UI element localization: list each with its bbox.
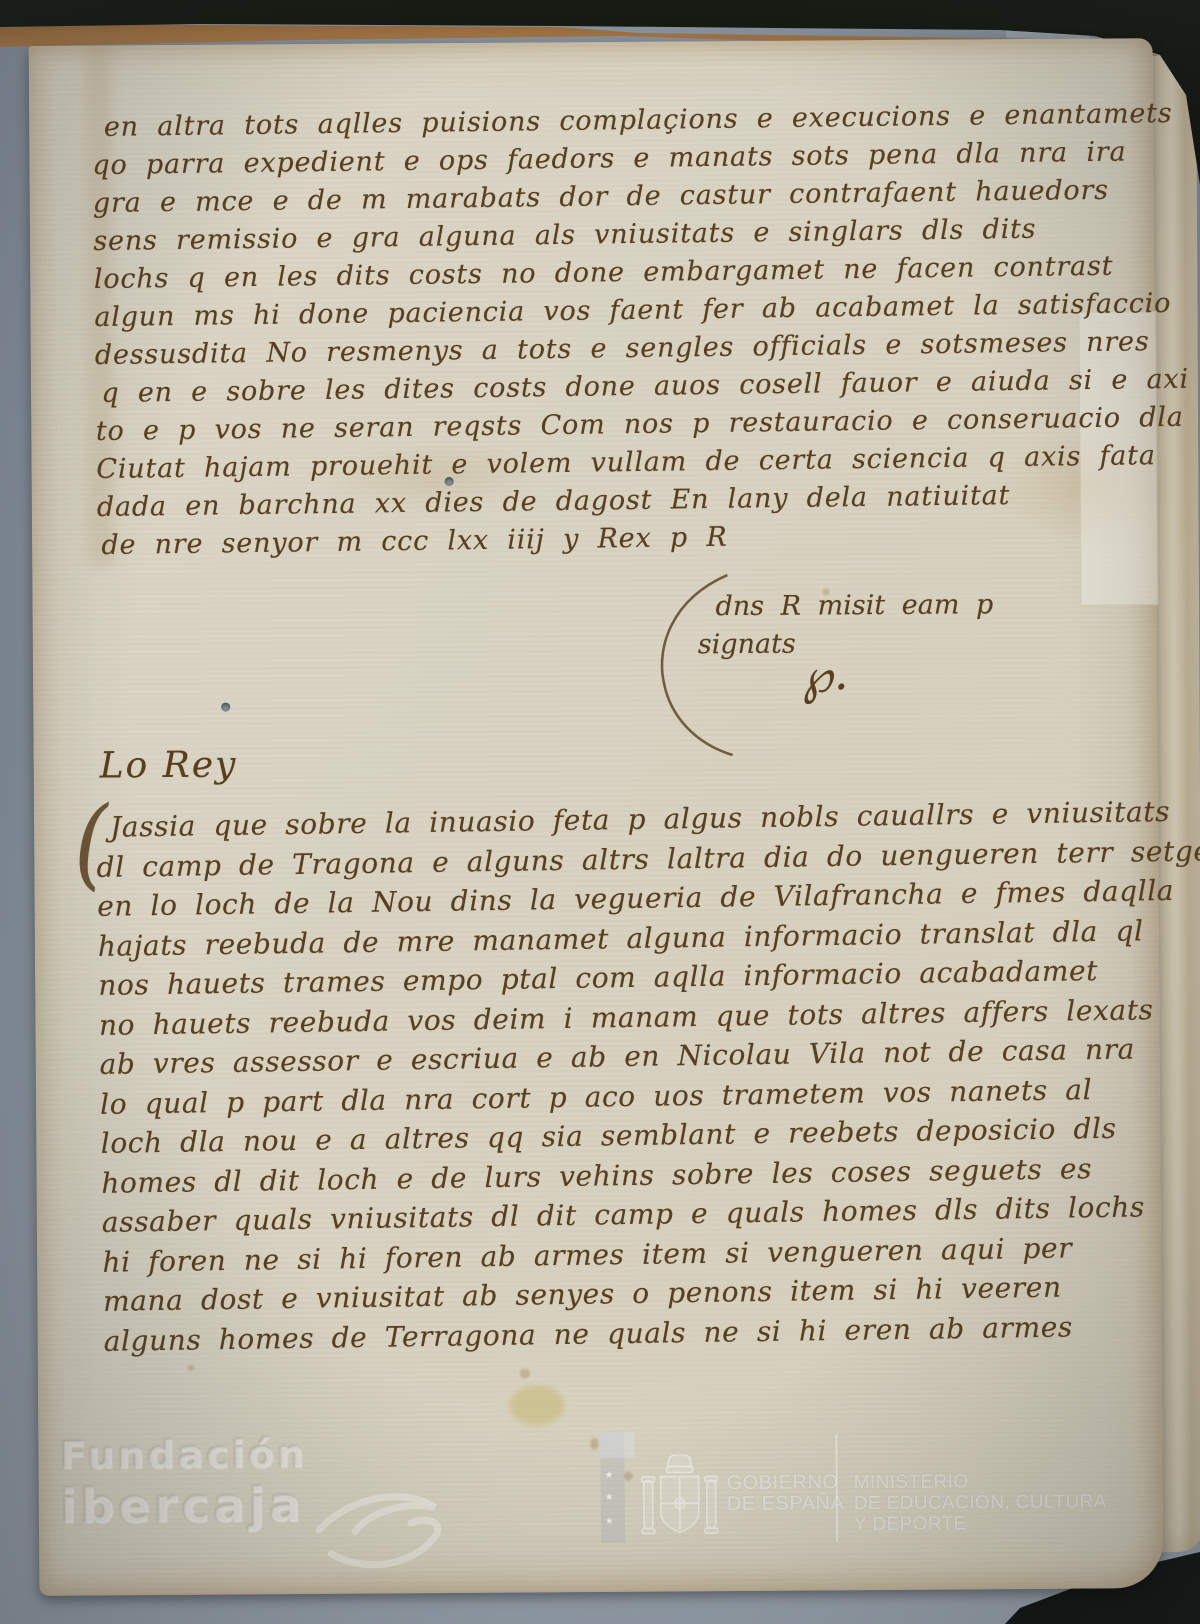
foxing-dot	[188, 1365, 194, 1371]
signature-line: signats	[698, 629, 796, 661]
stain	[509, 1385, 564, 1425]
watermark-divider	[835, 1434, 838, 1541]
ibercaja-line-1: Fundación	[60, 1432, 307, 1478]
foxing-dot	[520, 1368, 530, 1378]
royal-paraph: ℘.	[796, 645, 850, 705]
wormhole	[221, 703, 230, 712]
signature-line: dns R misit eam p	[715, 589, 993, 622]
foxing-dot	[624, 1472, 633, 1481]
gobierno-line-2: DE ESPAÑA	[727, 1493, 845, 1515]
foxing-dot	[590, 1438, 598, 1450]
stars-bar-icon: ★ ★ ★	[600, 1432, 625, 1543]
star-icon: ★	[605, 1516, 614, 1527]
manuscript-text-block-1: en altra tots aqlles puisions complaçion…	[92, 94, 1200, 565]
ibercaja-line-2: ibercaja	[61, 1478, 308, 1535]
watermark-ibercaja: Fundación ibercaja	[60, 1432, 307, 1535]
gobierno-line-1: GOBIERNO	[727, 1472, 845, 1494]
spain-coat-of-arms-icon	[640, 1454, 719, 1547]
manuscript-page: en altra tots aqlles puisions complaçion…	[29, 38, 1164, 1596]
ibercaja-swirl-icon	[309, 1477, 450, 1578]
heading-lo-rey: Lo Rey	[99, 745, 237, 787]
ministerio-line-1: MINISTERIO	[854, 1470, 1107, 1493]
ministerio-line-2: DE EDUCACIÓN, CULTURA	[854, 1491, 1107, 1514]
stars-bar-cap	[600, 1432, 634, 1458]
star-icon: ★	[605, 1492, 614, 1503]
chancery-signature-note: dns R misit eam p signats ℘.	[653, 570, 914, 772]
star-icon: ★	[605, 1470, 614, 1481]
watermark-gobierno-espana: ★ ★ ★	[562, 1428, 1123, 1582]
manuscript-text-block-2: Jassia que sobre la inuasio feta p algus…	[96, 791, 1200, 1360]
ministerio-label: MINISTERIO DE EDUCACIÓN, CULTURA Y DEPOR…	[854, 1470, 1107, 1535]
gobierno-label: GOBIERNO DE ESPAÑA	[727, 1472, 845, 1515]
archive-photo: en altra tots aqlles puisions complaçion…	[0, 0, 1200, 1624]
ministerio-line-3: Y DEPORTE	[854, 1512, 1107, 1535]
